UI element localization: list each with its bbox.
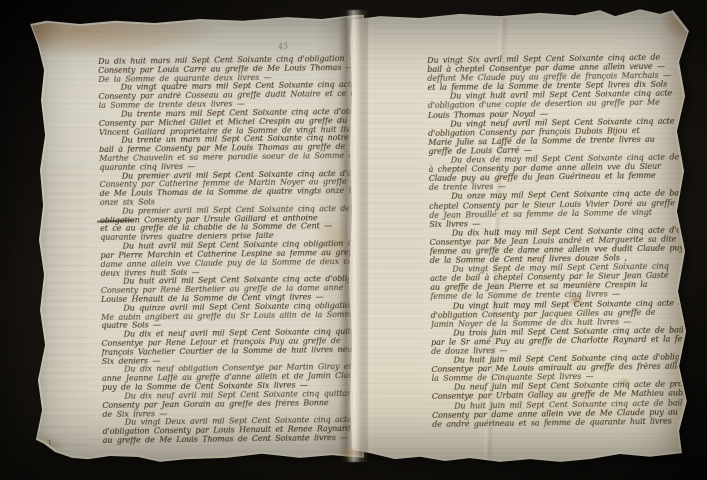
right-page: Du vingt Six avril mil Sept Cent Soixant…: [344, 6, 696, 466]
left-page: 45 Du dix huit mars mil Sept Cent Soixan…: [24, 14, 364, 466]
manuscript-photo: 45 Du dix huit mars mil Sept Cent Soixan…: [0, 0, 707, 480]
right-page-text: Du vingt Six avril mil Sept Cent Soixant…: [427, 52, 684, 433]
left-page-paper: 45 Du dix huit mars mil Sept Cent Soixan…: [26, 16, 362, 464]
right-page-paper: Du vingt Six avril mil Sept Cent Soixant…: [346, 8, 694, 464]
manuscript-line: au greffe de Me Louis Thomas de Cent Soi…: [103, 434, 361, 446]
right-page-ink-bleedthrough: [360, 48, 422, 438]
left-page-text: Du dix huit mars mil Sept Cent Soixante …: [98, 55, 361, 452]
folio-mark: 45: [278, 42, 289, 52]
